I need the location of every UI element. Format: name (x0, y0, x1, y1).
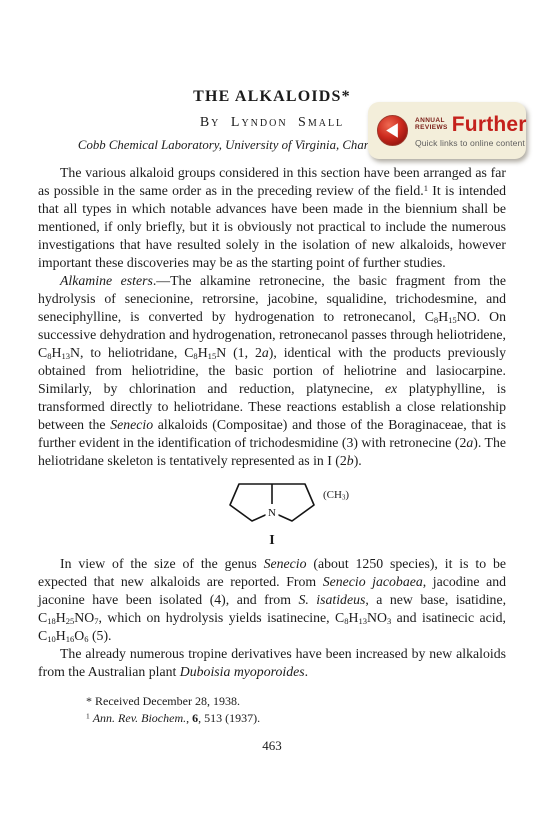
footnote-received: * Received December 28, 1938. (86, 693, 506, 710)
pyrrolizidine-skeleton-drawing: N (222, 480, 322, 526)
paragraph-tropine: The already numerous tropine derivatives… (38, 645, 506, 681)
paragraph-senecio: In view of the size of the genus Senecio… (38, 555, 506, 645)
paragraph-alkamine-esters: Alkamine esters.—The alkamine retronecin… (38, 272, 506, 470)
journal-page: ANNUAL REVIEWS Further Quick links to on… (0, 88, 542, 754)
page-number: 463 (38, 738, 506, 754)
annual-reviews-further-badge[interactable]: ANNUAL REVIEWS Further Quick links to on… (368, 102, 526, 159)
further-wordmark: Further (452, 114, 527, 135)
chemical-structure-figure: N (CH3) I (222, 480, 322, 549)
footnote-reference: 1 Ann. Rev. Biochem., 6, 513 (1937). (86, 710, 506, 727)
badge-subtitle[interactable]: Quick links to online content (415, 139, 527, 148)
nitrogen-atom-label: N (268, 507, 276, 519)
badge-text: ANNUAL REVIEWS Further Quick links to on… (415, 114, 527, 148)
brand-line-1: ANNUAL (415, 117, 448, 125)
brand-line-2: REVIEWS (415, 124, 448, 132)
annual-reviews-logo: ANNUAL REVIEWS (415, 117, 448, 132)
figure-numeral: I (222, 533, 322, 549)
back-arrow-icon (376, 114, 409, 147)
methyl-substituent-label: (CH3) (323, 489, 349, 501)
paragraph-intro: The various alkaloid groups considered i… (38, 164, 506, 272)
footnotes: * Received December 28, 1938. 1 Ann. Rev… (86, 693, 506, 726)
